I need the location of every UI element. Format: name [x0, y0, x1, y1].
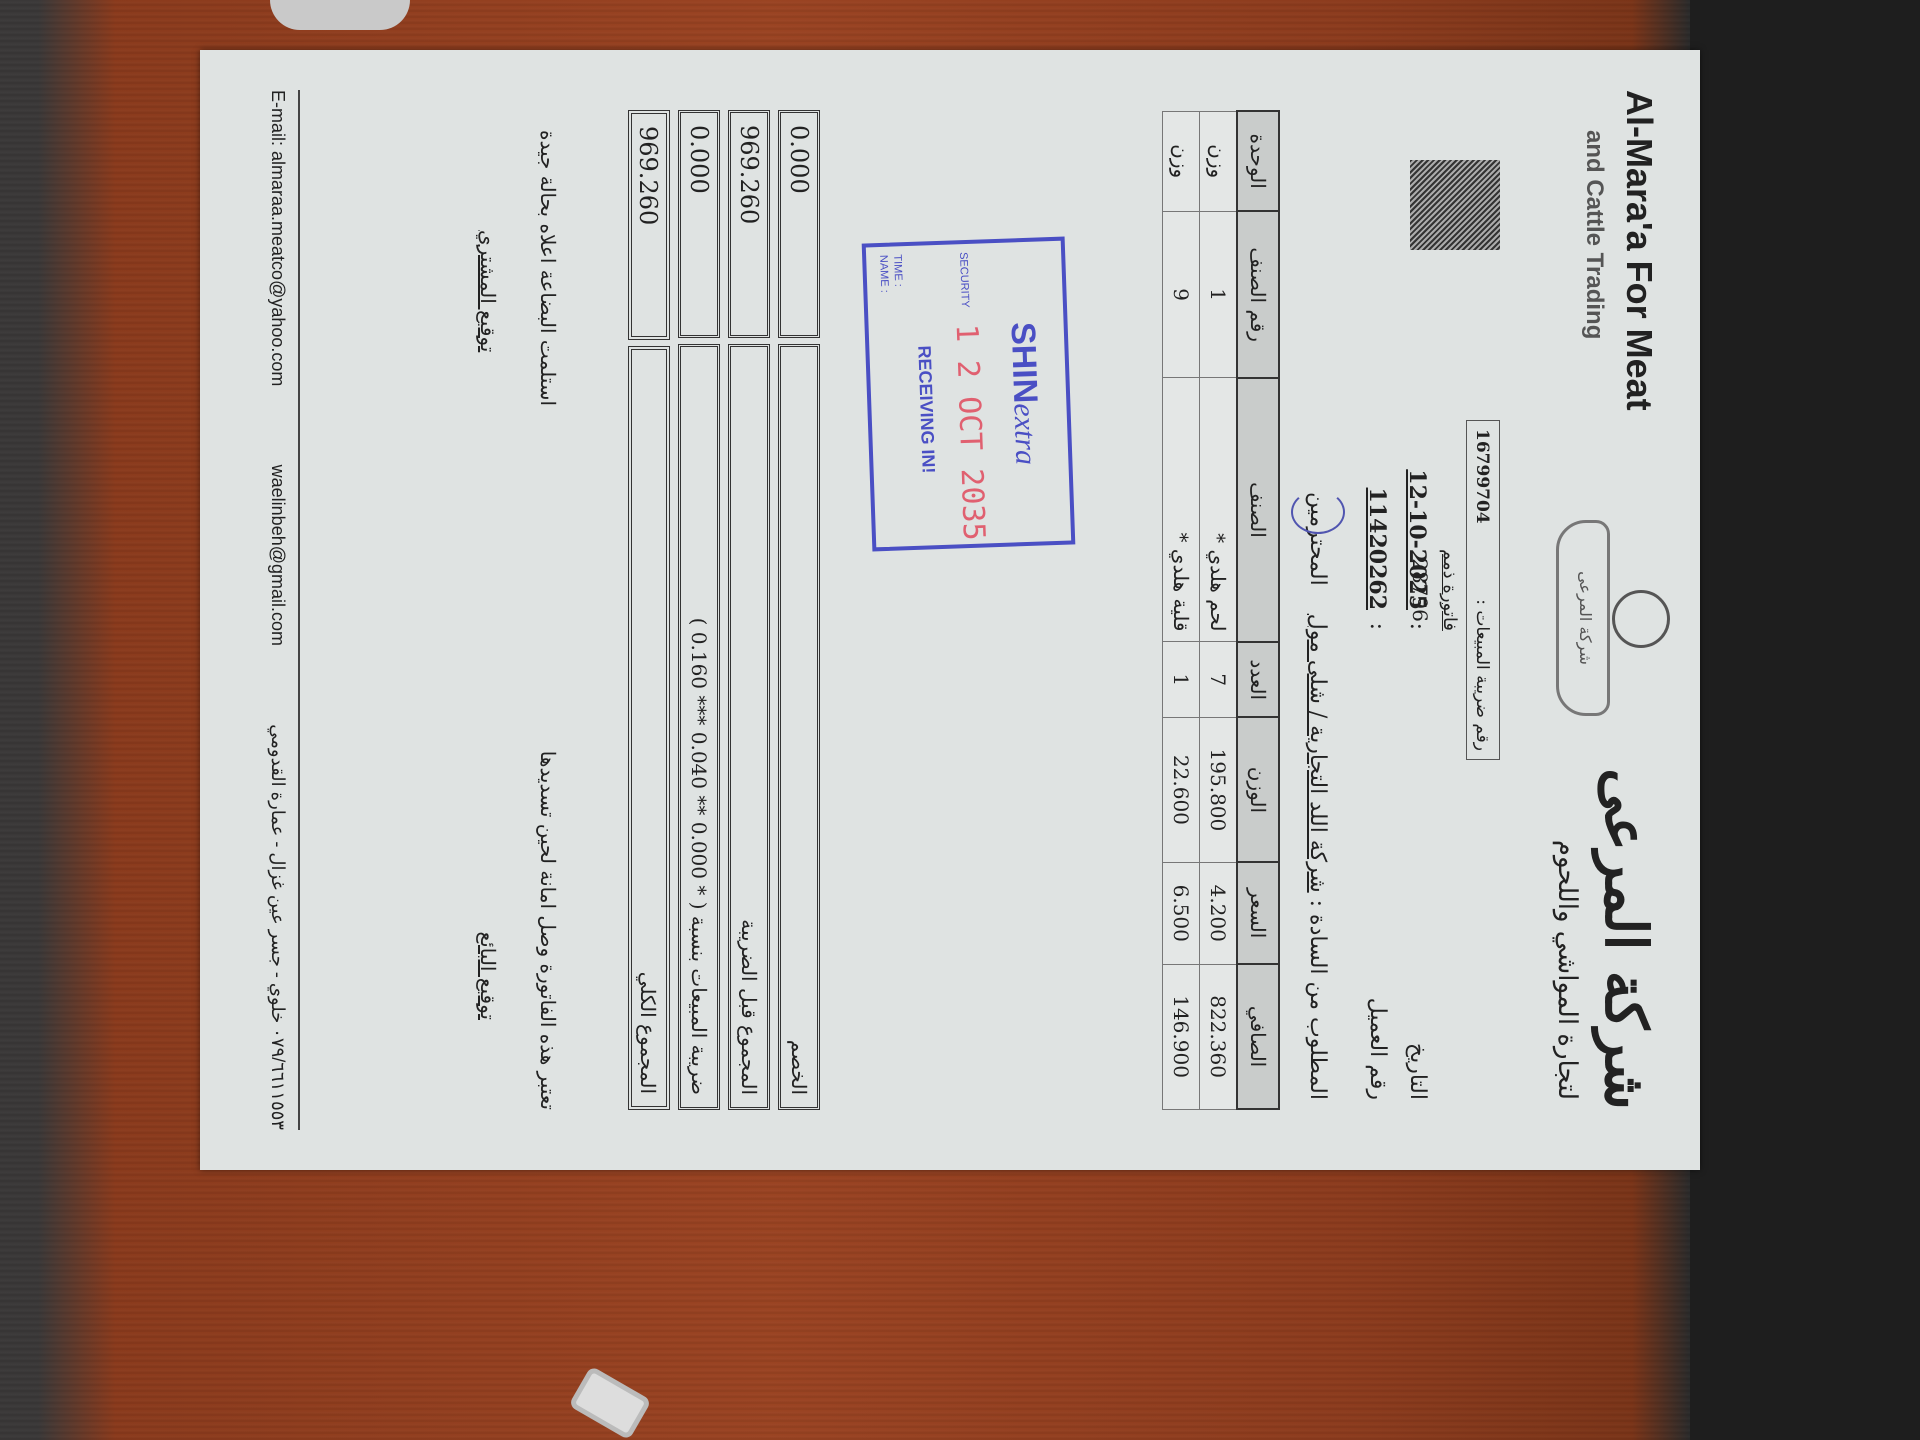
- subtotal-value: 969.260: [728, 110, 770, 338]
- footer-phone-address: ٠٧٩/٦٦١١٥٥٣ خلوي - جسر عين غزال - عمارة …: [267, 724, 288, 1130]
- trust-receipt-note: تعتبر هذه الفاتورة وصل امانة لحين تسديده…: [536, 751, 560, 1110]
- invoice-photo: شركة المرعى لتجارة المواشي واللحوم شركة …: [200, 50, 1700, 1170]
- tax-number-box: رقم ضريبة المبيعات : 16799704: [1466, 420, 1500, 760]
- col-item-no: رقم الصنف: [1237, 211, 1279, 378]
- customer-colon: :: [1365, 623, 1390, 630]
- subtotal-row: المجموع قبل الضريبة 969.260: [728, 110, 770, 1110]
- cell-item-no: 1: [1200, 211, 1238, 378]
- items-table: الصافي السعر الوزن العدد الصنف رقم الصنف…: [1162, 110, 1280, 1110]
- invoice-date: 12-10-2025: [1404, 469, 1430, 610]
- items-header-row: الصافي السعر الوزن العدد الصنف رقم الصنف…: [1237, 111, 1279, 1109]
- discount-value: 0.000: [778, 110, 820, 338]
- company-name-en: Al-Mara'a For Meat: [1618, 90, 1660, 411]
- logo-banner: شركة المرعى: [1556, 520, 1610, 716]
- background-dark-area: [1690, 0, 1920, 1440]
- grand-total-row: المجموع الكلي 969.260: [628, 110, 670, 1110]
- footer-email-2: waelinbeh@gmail.com: [267, 465, 288, 646]
- stamp-brand: SHINextra: [1003, 321, 1047, 465]
- stamp-security-label: SECURITY: [957, 252, 971, 308]
- grand-total-value: 969.260: [628, 110, 670, 340]
- date-label: التاريخ: [1405, 1043, 1430, 1100]
- invoice-type: فاتورة ذمم: [1439, 510, 1460, 670]
- cell-item: لحم هلدي *: [1200, 378, 1238, 642]
- cell-price: 4.200: [1200, 862, 1238, 964]
- cell-unit: وزن: [1200, 111, 1238, 211]
- cell-weight: 22.600: [1163, 717, 1200, 862]
- tax-number: 16799704: [1465, 429, 1499, 524]
- col-weight: الوزن: [1237, 717, 1279, 862]
- cell-item-no: 9: [1163, 211, 1200, 378]
- receiving-stamp: SHINextra SECURITY 1 2 OCT 2035 RECEIVIN…: [862, 237, 1076, 552]
- goods-received-note: استلمت البضاعة اعلاه بحالة جيدة: [536, 130, 560, 406]
- col-unit: الوحدة: [1237, 111, 1279, 211]
- tax-label: ضريبة المبيعات بنسبة ( * 0.000 ** 0.040 …: [678, 344, 720, 1110]
- date-colon: :: [1405, 623, 1430, 630]
- invoice-paper: شركة المرعى لتجارة المواشي واللحوم شركة …: [200, 50, 1700, 1170]
- company-tagline-ar: لتجارة المواشي واللحوم: [1552, 840, 1582, 1100]
- logo-emblem-icon: [1612, 590, 1670, 648]
- cell-net: 822.360: [1200, 964, 1238, 1109]
- bill-to-name: شركة اللد التجارية / شلى مول: [1305, 614, 1330, 893]
- cell-count: 1: [1163, 642, 1200, 718]
- col-price: السعر: [1237, 862, 1279, 964]
- customer-number: 11420262: [1364, 488, 1390, 610]
- binder-clip: [568, 1366, 652, 1440]
- tax-value: 0.000: [678, 110, 720, 338]
- totals-table: الخصم 0.000 المجموع قبل الضريبة 969.260 …: [620, 110, 820, 1110]
- table-row: 146.900 6.500 22.600 1 قلية هلدي * 9 وزن: [1163, 111, 1200, 1109]
- qr-code: [1410, 160, 1500, 250]
- cell-item: قلية هلدي *: [1163, 378, 1200, 642]
- cell-price: 6.500: [1163, 862, 1200, 964]
- customer-number-label: رقم العميل: [1365, 998, 1390, 1100]
- bill-to-label: المطلوب من السادة :: [1305, 900, 1330, 1100]
- handwritten-mark: [1291, 490, 1345, 534]
- col-count: العدد: [1237, 642, 1279, 718]
- stamp-time-label: TIME :: [891, 254, 904, 287]
- cup-object: [270, 0, 410, 30]
- stamp-status: RECEIVING IN!: [913, 345, 938, 474]
- tax-row: ضريبة المبيعات بنسبة ( * 0.000 ** 0.040 …: [678, 110, 720, 1110]
- stamp-name-label: NAME :: [877, 255, 890, 293]
- subtotal-label: المجموع قبل الضريبة: [728, 344, 770, 1110]
- company-tagline-en: and Cattle Trading: [1580, 130, 1608, 339]
- cell-net: 146.900: [1163, 964, 1200, 1109]
- seller-signature-label: توقيع البائع: [476, 932, 500, 1021]
- bill-to: المطلوب من السادة : شركة اللد التجارية /…: [1305, 492, 1330, 1100]
- col-item: الصنف: [1237, 378, 1279, 642]
- footer-divider: [298, 90, 300, 1130]
- discount-row: الخصم 0.000: [778, 110, 820, 1110]
- col-net: الصافي: [1237, 964, 1279, 1109]
- cell-count: 7: [1200, 642, 1238, 718]
- footer: E-mail: almaraa.meatco@yahoo.com waelinb…: [267, 90, 288, 1130]
- cell-weight: 195.800: [1200, 717, 1238, 862]
- cell-unit: وزن: [1163, 111, 1200, 211]
- company-name-ar: شركة المرعى: [1592, 768, 1660, 1110]
- buyer-signature-label: توقيع المشتري: [476, 230, 500, 352]
- stamp-date: 1 2 OCT 2035: [949, 323, 992, 541]
- discount-label: الخصم: [778, 344, 820, 1110]
- table-row: 822.360 4.200 195.800 7 لحم هلدي * 1 وزن: [1200, 111, 1238, 1109]
- grand-total-label: المجموع الكلي: [628, 346, 670, 1110]
- footer-email-1: E-mail: almaraa.meatco@yahoo.com: [267, 90, 288, 386]
- company-logo: شركة المرعى: [1540, 520, 1670, 710]
- tax-number-label: رقم ضريبة المبيعات :: [1472, 599, 1492, 751]
